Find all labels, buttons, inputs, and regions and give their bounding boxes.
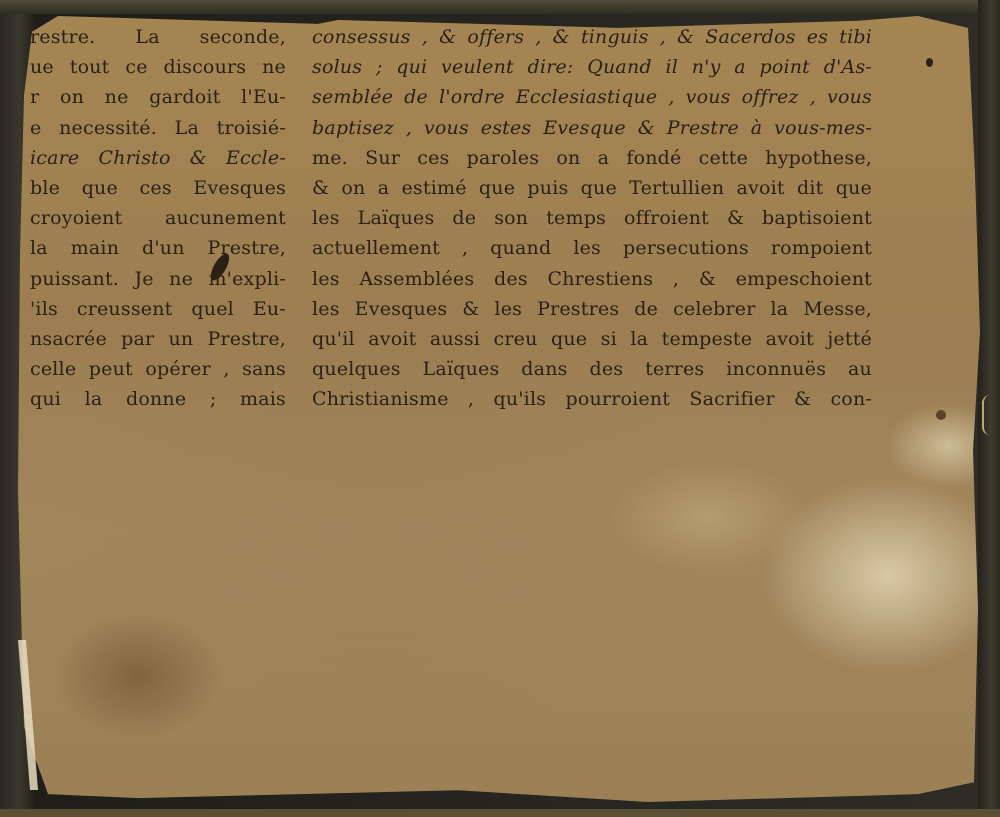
text-line: ue tout ce discours ne [30, 52, 286, 82]
text-line: actuellement , quand les persecutions ro… [312, 233, 872, 263]
paper-tack [936, 410, 946, 420]
text-line-italic: baptisez , vous estes Evesque & Prestre … [312, 113, 872, 143]
text-line: ble que ces Evesques [30, 173, 286, 203]
text-line: r on ne gardoit l'Eu- [30, 82, 286, 112]
frame-top-edge [0, 0, 1000, 14]
text-line: celle peut opérer , sans [30, 354, 286, 384]
left-text-column: restre. La seconde, ue tout ce discours … [30, 22, 286, 415]
text-line: la main d'un Prestre, [30, 233, 286, 263]
text-line-italic: consessus , & offers , & tinguis , & Sac… [312, 22, 872, 52]
text-line: & on a estimé que puis que Tertullien av… [312, 173, 872, 203]
text-line-italic: icare Christo & Eccle- [30, 143, 286, 173]
text-line: les Assemblées des Chrestiens , & empesc… [312, 264, 872, 294]
text-line: les Evesques & les Prestres de celebrer … [312, 294, 872, 324]
right-text-column: consessus , & offers , & tinguis , & Sac… [312, 22, 872, 415]
text-line-italic: semblée de l'ordre Ecclesiastique , vous… [312, 82, 872, 112]
text-line: quelques Laïques dans des terres inconnu… [312, 354, 872, 384]
text-line: Christianisme , qu'ils pourroient Sacrif… [312, 384, 872, 414]
text-line: restre. La seconde, [30, 22, 286, 52]
frame-bottom-edge [0, 809, 1000, 817]
text-line: e necessité. La troisié- [30, 113, 286, 143]
text-line: me. Sur ces paroles on a fondé cette hyp… [312, 143, 872, 173]
paper-hole [926, 58, 933, 67]
hanging-string [982, 395, 998, 435]
text-line-italic: solus ; qui veulent dire: Quand il n'y a… [312, 52, 872, 82]
text-line: nsacrée par un Prestre, [30, 324, 286, 354]
text-line: puissant. Je ne m'expli- [30, 264, 286, 294]
text-line: qui la donne ; mais [30, 384, 286, 414]
text-line: les Laïques de son temps offroient & bap… [312, 203, 872, 233]
text-line: qu'il avoit aussi creu que si la tempest… [312, 324, 872, 354]
text-line: 'ils creussent quel Eu- [30, 294, 286, 324]
text-line: croyoient aucunement [30, 203, 286, 233]
